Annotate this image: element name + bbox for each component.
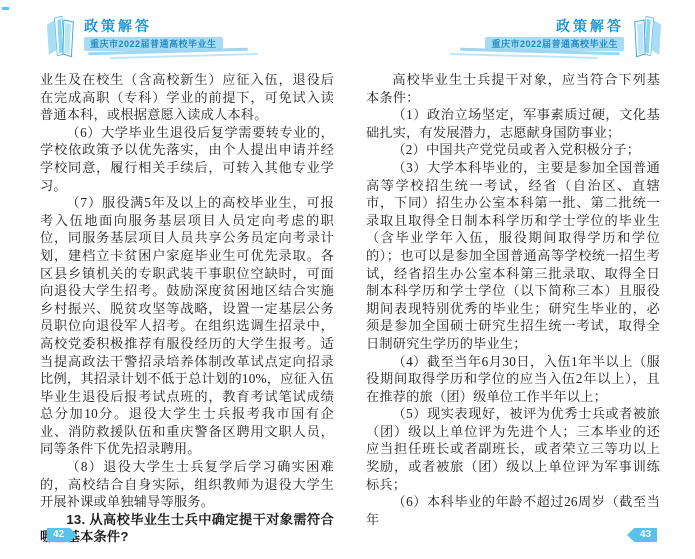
left-page-text-column: 业生及在校生（含高校新生）应征入伍，退役后在完成高职（专科）学业的前提下，可免试… — [40, 71, 334, 546]
paragraph: （2）中国共产党党员或者入党积极分子； — [366, 141, 660, 159]
page-number-right: 43 — [627, 528, 657, 542]
right-page-text-column: 高校毕业生士兵提干对象，应当符合下列基本条件： （1）政治立场坚定，军事素质过硬… — [366, 71, 660, 528]
booklet-spread: 政策解答 重庆市2022届普通高校毕业生 政策解答 重庆市2022届普通高校毕业… — [0, 0, 695, 559]
question-heading: 13. 从高校毕业生士兵中确定提干对象需符合哪些基本条件? — [40, 511, 334, 546]
paragraph: （4）截至当年6月30日，入伍1年半以上（服役期间取得学历和学位的应当入伍2年以… — [366, 353, 660, 406]
header-title: 政策解答 — [84, 18, 223, 34]
paragraph: 业生及在校生（含高校新生）应征入伍，退役后在完成高职（专科）学业的前提下，可免试… — [40, 71, 334, 124]
paragraph: （1）政治立场坚定，军事素质过硬，文化基础扎实，有发展潜力，志愿献身国防事业； — [366, 106, 660, 141]
print-registration-mark — [2, 7, 9, 10]
paragraph: （5）现实表现好，被评为优秀士兵或者被旅（团）级以上单位评为先进个人；三本毕业的… — [366, 405, 660, 493]
header-text-block: 政策解答 重庆市2022届普通高校毕业生 — [485, 18, 624, 52]
books-logo-icon — [46, 14, 78, 58]
paragraph: 高校毕业生士兵提干对象，应当符合下列基本条件： — [366, 71, 660, 106]
paragraph: （7）服役满5年及以上的高校毕业生，可报考入伍地面向服务基层项目人员定向考虑的职… — [40, 194, 334, 458]
header-text-block: 政策解答 重庆市2022届普通高校毕业生 — [84, 18, 223, 52]
paragraph: （3）大学本科毕业的，主要是参加全国普通高等学校招生统一考试，经省（自治区、直辖… — [366, 159, 660, 353]
books-logo-icon — [630, 14, 662, 58]
header-left: 政策解答 重庆市2022届普通高校毕业生 — [46, 14, 229, 58]
paragraph: （6）大学毕业生退役后复学需要转专业的，学校依政策予以优先落实，由个人提出申请并… — [40, 124, 334, 194]
header-title: 政策解答 — [485, 18, 624, 34]
header-right: 政策解答 重庆市2022届普通高校毕业生 — [479, 14, 662, 58]
paragraph: （8）退役大学生士兵复学后学习确实困难的，高校结合自身实际，组织教师为退役大学生… — [40, 458, 334, 511]
paragraph: （6）本科毕业的年龄不超过26周岁（截至当年 — [366, 493, 660, 528]
